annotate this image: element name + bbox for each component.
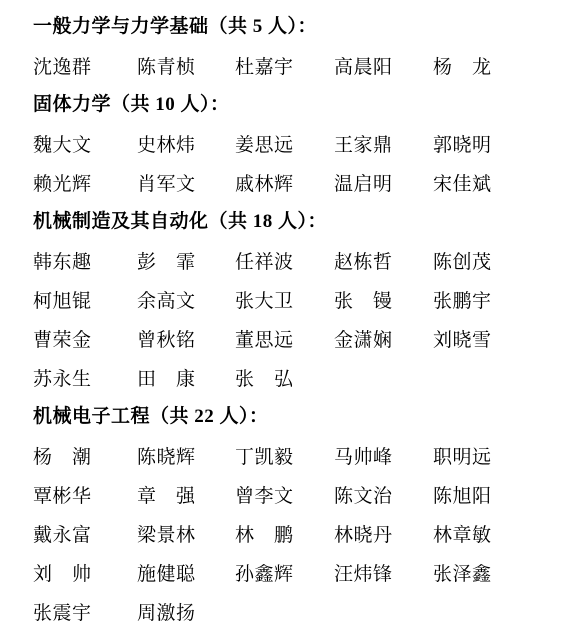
name-row: 魏大文史林炜姜思远王家鼎郭晓明 <box>33 124 582 163</box>
name-row: 刘 帅施健聪孙鑫辉汪炜锋张泽鑫 <box>33 553 582 592</box>
person-name: 杨 潮 <box>33 442 92 469</box>
person-name: 章 强 <box>137 481 196 508</box>
major-section: 固体力学（共 10 人）：魏大文史林炜姜思远王家鼎郭晓明赖光辉肖军文戚林辉温启明… <box>33 85 582 202</box>
name-row: 赖光辉肖军文戚林辉温启明宋佳斌 <box>33 163 582 202</box>
person-name: 刘晓雪 <box>433 325 492 352</box>
person-name: 梁景林 <box>137 520 196 547</box>
sections-container: 一般力学与力学基础（共 5 人）：沈逸群陈青桢杜嘉宇高晨阳杨 龙固体力学（共 1… <box>33 7 582 631</box>
person-name: 董思远 <box>235 325 294 352</box>
name-row: 苏永生田 康张 弘 <box>33 358 582 397</box>
person-name: 姜思远 <box>235 130 294 157</box>
major-title: 机械制造及其自动化（共 18 人）： <box>33 202 582 241</box>
person-name: 沈逸群 <box>33 52 92 79</box>
person-name: 温启明 <box>334 169 393 196</box>
person-name: 曾秋铭 <box>137 325 196 352</box>
name-list-document: 一般力学与力学基础（共 5 人）：沈逸群陈青桢杜嘉宇高晨阳杨 龙固体力学（共 1… <box>0 0 582 631</box>
name-row: 戴永富梁景林林 鹏林晓丹林章敏 <box>33 514 582 553</box>
person-name: 陈青桢 <box>137 52 196 79</box>
person-name: 林晓丹 <box>334 520 393 547</box>
person-name: 曾李文 <box>235 481 294 508</box>
person-name: 史林炜 <box>137 130 196 157</box>
person-name: 刘 帅 <box>33 559 92 586</box>
major-title: 固体力学（共 10 人）： <box>33 85 582 124</box>
major-section: 机械制造及其自动化（共 18 人）：韩东趣彭 霏任祥波赵栋哲陈创茂柯旭锟余高文张… <box>33 202 582 397</box>
person-name: 职明远 <box>433 442 492 469</box>
person-name: 覃彬华 <box>33 481 92 508</box>
name-row: 韩东趣彭 霏任祥波赵栋哲陈创茂 <box>33 241 582 280</box>
major-section: 一般力学与力学基础（共 5 人）：沈逸群陈青桢杜嘉宇高晨阳杨 龙 <box>33 7 582 85</box>
name-row: 沈逸群陈青桢杜嘉宇高晨阳杨 龙 <box>33 46 582 85</box>
person-name: 余高文 <box>137 286 196 313</box>
person-name: 陈创茂 <box>433 247 492 274</box>
person-name: 魏大文 <box>33 130 92 157</box>
person-name: 田 康 <box>137 364 196 391</box>
person-name: 张 弘 <box>235 364 294 391</box>
person-name: 彭 霏 <box>137 247 196 274</box>
person-name: 施健聪 <box>137 559 196 586</box>
person-name: 戚林辉 <box>235 169 294 196</box>
major-section: 机械电子工程（共 22 人）：杨 潮陈晓辉丁凯毅马帅峰职明远覃彬华章 强曾李文陈… <box>33 397 582 631</box>
person-name: 丁凯毅 <box>235 442 294 469</box>
person-name: 高晨阳 <box>334 52 393 79</box>
person-name: 柯旭锟 <box>33 286 92 313</box>
person-name: 陈晓辉 <box>137 442 196 469</box>
person-name: 王家鼎 <box>334 130 393 157</box>
person-name: 赵栋哲 <box>334 247 393 274</box>
person-name: 陈旭阳 <box>433 481 492 508</box>
person-name: 张大卫 <box>235 286 294 313</box>
name-row: 杨 潮陈晓辉丁凯毅马帅峰职明远 <box>33 436 582 475</box>
person-name: 曹荣金 <box>33 325 92 352</box>
major-title: 一般力学与力学基础（共 5 人）： <box>33 7 582 46</box>
person-name: 张 镘 <box>334 286 393 313</box>
person-name: 任祥波 <box>235 247 294 274</box>
person-name: 韩东趣 <box>33 247 92 274</box>
name-row: 柯旭锟余高文张大卫张 镘张鹏宇 <box>33 280 582 319</box>
person-name: 张泽鑫 <box>433 559 492 586</box>
person-name: 张震宇 <box>33 598 92 625</box>
person-name: 林章敏 <box>433 520 492 547</box>
person-name: 杜嘉宇 <box>235 52 294 79</box>
person-name: 孙鑫辉 <box>235 559 294 586</box>
person-name: 汪炜锋 <box>334 559 393 586</box>
person-name: 宋佳斌 <box>433 169 492 196</box>
person-name: 马帅峰 <box>334 442 393 469</box>
person-name: 金潇娴 <box>334 325 393 352</box>
name-row: 覃彬华章 强曾李文陈文治陈旭阳 <box>33 475 582 514</box>
person-name: 林 鹏 <box>235 520 294 547</box>
person-name: 赖光辉 <box>33 169 92 196</box>
person-name: 周激扬 <box>137 598 196 625</box>
person-name: 肖军文 <box>137 169 196 196</box>
major-title: 机械电子工程（共 22 人）： <box>33 397 582 436</box>
name-row: 张震宇周激扬 <box>33 592 582 631</box>
person-name: 张鹏宇 <box>433 286 492 313</box>
person-name: 戴永富 <box>33 520 92 547</box>
name-row: 曹荣金曾秋铭董思远金潇娴刘晓雪 <box>33 319 582 358</box>
person-name: 杨 龙 <box>433 52 492 79</box>
person-name: 郭晓明 <box>433 130 492 157</box>
person-name: 苏永生 <box>33 364 92 391</box>
person-name: 陈文治 <box>334 481 393 508</box>
